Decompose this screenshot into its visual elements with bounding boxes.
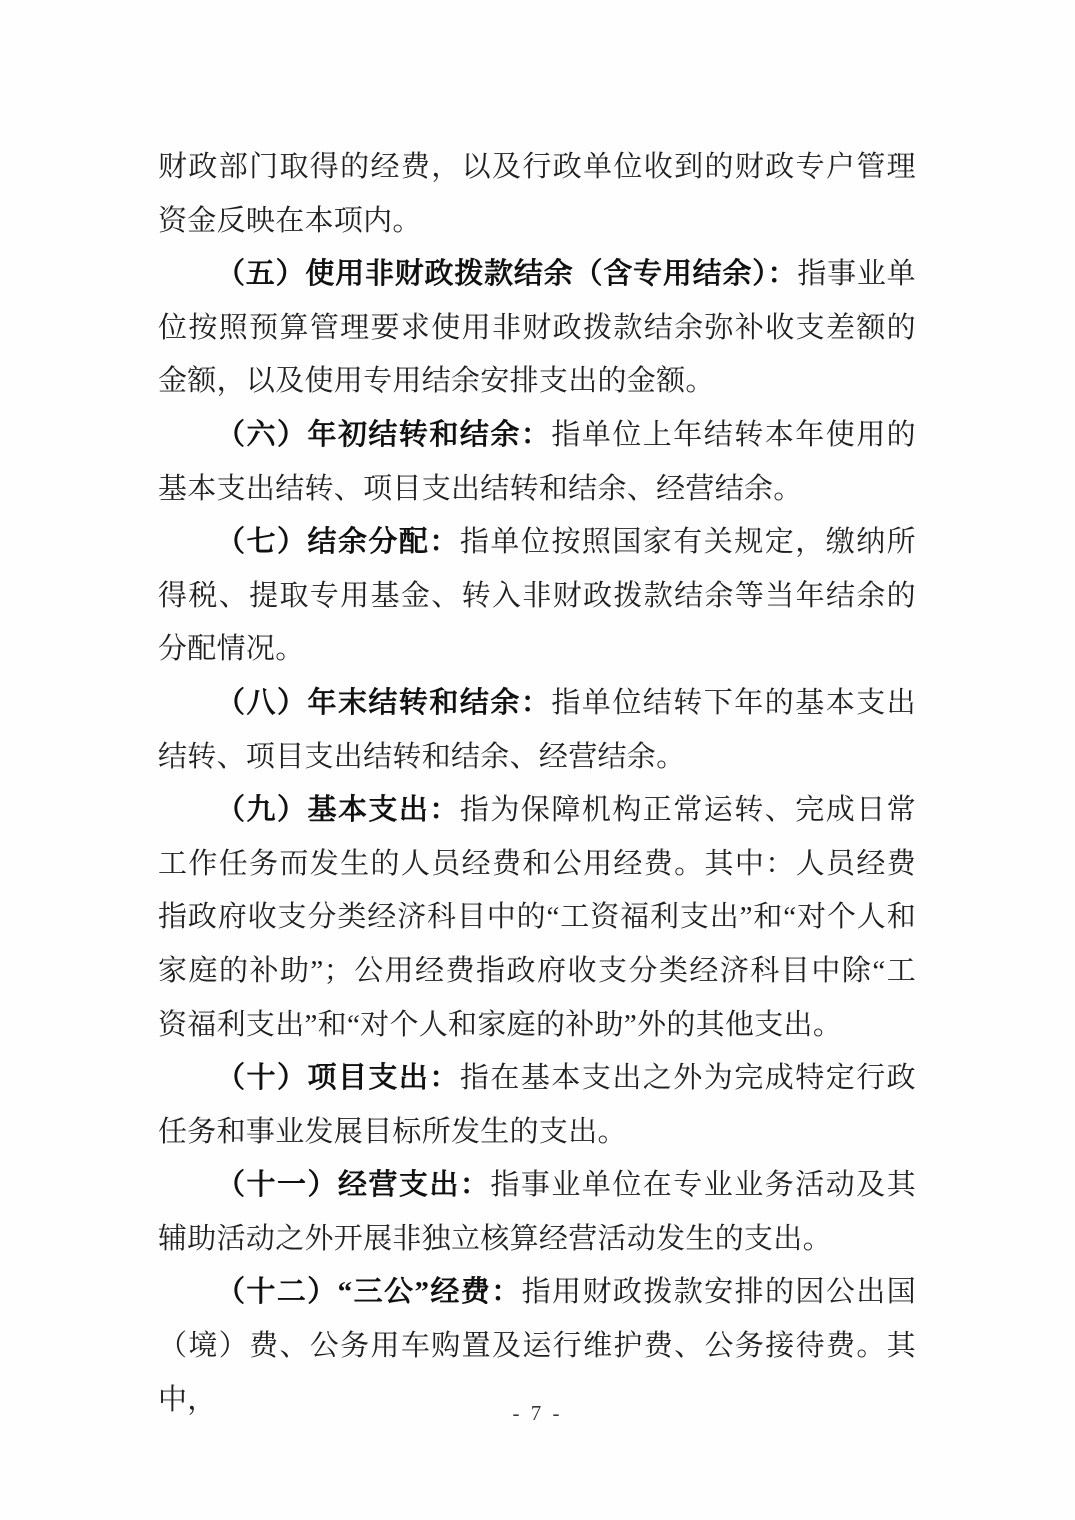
definition-paragraph-10: （十）项目支出：指在基本支出之外为完成特定行政任务和事业发展目标所发生的支出。 (158, 1052, 916, 1159)
continuation-paragraph: 财政部门取得的经费，以及行政单位收到的财政专户管理资金反映在本项内。 (158, 141, 916, 248)
definition-paragraph-8: （八）年末结转和结余：指单位结转下年的基本支出结转、项目支出结转和结余、经营结余… (158, 677, 916, 784)
paragraph-body: 指为保障机构正常运转、完成日常工作任务而发生的人员经费和公用经费。其中：人员经费… (158, 794, 916, 1040)
document-page: 财政部门取得的经费，以及行政单位收到的财政专户管理资金反映在本项内。 （五）使用… (0, 0, 1075, 1520)
definition-heading: （七）结余分配： (216, 526, 460, 558)
definition-heading: （十）项目支出： (216, 1062, 460, 1094)
definition-paragraph-9: （九）基本支出：指为保障机构正常运转、完成日常工作任务而发生的人员经费和公用经费… (158, 784, 916, 1052)
document-body: 财政部门取得的经费，以及行政单位收到的财政专户管理资金反映在本项内。 （五）使用… (158, 141, 916, 1427)
definition-heading: （五）使用非财政拨款结余（含专用结余）： (216, 258, 797, 290)
paragraph-body: 财政部门取得的经费，以及行政单位收到的财政专户管理资金反映在本项内。 (158, 151, 916, 237)
definition-paragraph-5: （五）使用非财政拨款结余（含专用结余）：指事业单位按照预算管理要求使用非财政拨款… (158, 248, 916, 409)
definition-heading: （十二）“三公”经费： (216, 1276, 522, 1308)
definition-paragraph-6: （六）年初结转和结余：指单位上年结转本年使用的基本支出结转、项目支出结转和结余、… (158, 409, 916, 516)
definition-paragraph-11: （十一）经营支出：指事业单位在专业业务活动及其辅助活动之外开展非独立核算经营活动… (158, 1159, 916, 1266)
definition-heading: （六）年初结转和结余： (216, 419, 551, 451)
definition-heading: （八）年末结转和结余： (216, 687, 551, 719)
definition-heading: （九）基本支出： (216, 794, 460, 826)
definition-heading: （十一）经营支出： (216, 1169, 490, 1201)
definition-paragraph-7: （七）结余分配：指单位按照国家有关规定，缴纳所得税、提取专用基金、转入非财政拨款… (158, 516, 916, 677)
page-number: - 7 - (0, 1401, 1075, 1426)
